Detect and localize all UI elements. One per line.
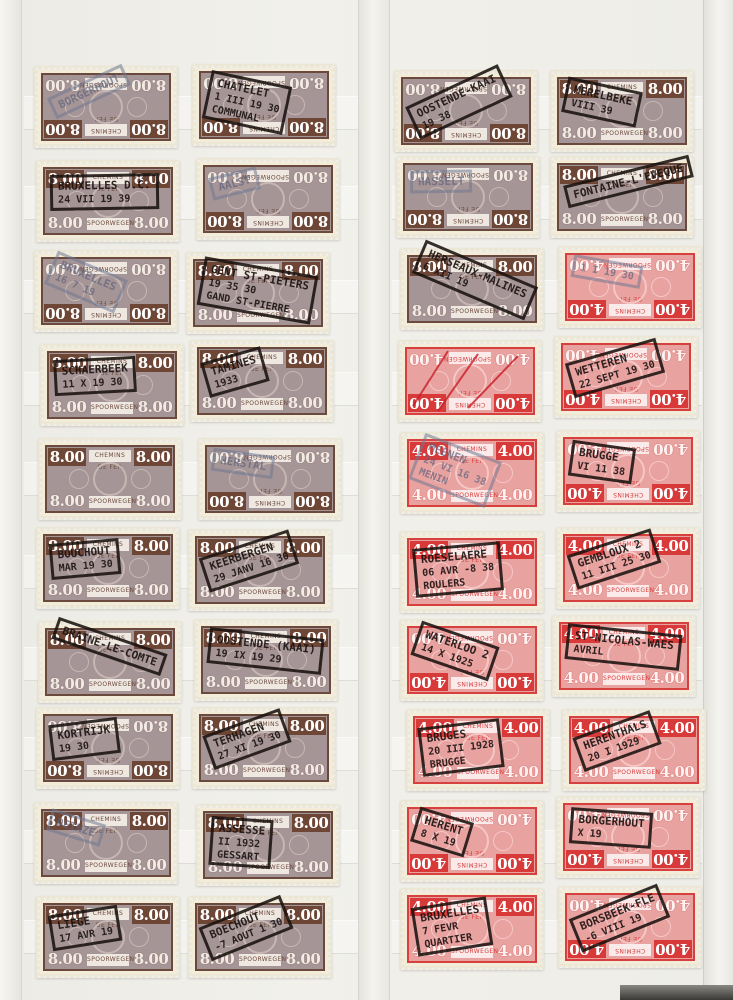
stamp-design: 8.008.008.008.00CHEMINS DE FERSPOORWEGEN	[47, 351, 177, 419]
lion-crest-icon	[609, 360, 643, 394]
stamp-frame: 4.004.004.004.00CHEMINS DE FERSPOORWEGEN	[402, 344, 538, 418]
stamp-design: 4.004.004.004.00CHEMINS DE FERSPOORWEGEN	[405, 347, 535, 415]
stamp-value: 8.00	[46, 761, 84, 779]
winged-wheel-icon	[227, 189, 247, 209]
winged-wheel-icon	[649, 461, 669, 481]
stamp-value: 8.00	[132, 170, 170, 188]
stamp-banner: CHEMINS DE FER	[85, 308, 127, 320]
winged-wheel-icon	[587, 461, 607, 481]
book-gutter	[358, 0, 390, 1000]
stamp-value: 8.00	[44, 812, 82, 830]
stamp-banner-bottom: SPOORWEGEN	[239, 954, 281, 966]
stamp-value: 8.00	[136, 398, 174, 416]
winged-wheel-icon	[283, 371, 303, 391]
stamp-value: 8.00	[44, 856, 82, 874]
stamp[interactable]: 8.008.008.008.00CHEMINS DE FERSPOORWEGEN…	[186, 252, 330, 334]
stamp-frame: 8.008.008.008.00CHEMINS DE FERSPOORWEGEN	[38, 70, 174, 144]
stamp[interactable]: 8.008.008.008.00CHEMINS DE FERSPOORWEGEN…	[36, 527, 180, 609]
stamp[interactable]: 4.004.004.004.00CHEMINS DE FERSPOORWEGEN…	[562, 709, 706, 791]
stamp-design: 8.008.008.008.00CHEMINS DE FERSPOORWEGEN	[43, 903, 173, 971]
winged-wheel-icon	[427, 187, 447, 207]
winged-wheel-icon	[499, 740, 519, 760]
stamp-value: 8.00	[208, 448, 246, 466]
winged-wheel-icon	[67, 738, 87, 758]
stamp-value: 8.00	[406, 210, 444, 228]
stamp-frame: 8.008.008.008.00CHEMINS DE FERSPOORWEGEN	[190, 256, 326, 330]
stamp-design: 4.004.004.004.00CHEMINS DE FERSPOORWEGEN	[565, 893, 695, 961]
stamp[interactable]: 4.004.004.004.00CHEMINS DE FERSPOORWEGEN	[398, 340, 542, 422]
stamp-frame: 8.008.008.008.00CHEMINS DE FERSPOORWEGEN	[554, 160, 690, 234]
stamp[interactable]: 4.004.004.004.00CHEMINS DE FERSPOORWEGEN…	[556, 527, 700, 609]
stamp-banner-bottom: SPOORWEGEN	[607, 442, 649, 454]
stamp-value: 4.00	[654, 300, 692, 318]
stamp-banner: CHEMINS DE FER	[603, 627, 645, 639]
stamp[interactable]: 8.008.008.008.00CHEMINS DE FERSPOORWEGEN…	[34, 802, 178, 884]
stamp-value: 8.00	[410, 302, 448, 320]
stamp-value: 4.00	[496, 629, 534, 647]
stamp-design: 8.008.008.008.00CHEMINS DE FERSPOORWEGEN	[195, 536, 325, 604]
stamp[interactable]: 4.004.004.004.00CHEMINS DE FERSPOORWEGEN…	[406, 709, 550, 791]
winged-wheel-icon	[129, 191, 149, 211]
stamp-banner: CHEMINS DE FER	[607, 539, 649, 551]
winged-wheel-icon	[647, 367, 667, 387]
stamp-value: 4.00	[494, 394, 532, 412]
winged-wheel-icon	[431, 650, 451, 670]
stamp-design: 4.004.004.004.00CHEMINS DE FERSPOORWEGEN	[407, 538, 537, 606]
stamp-value: 4.00	[410, 486, 448, 504]
stamp-value: 8.00	[44, 260, 82, 278]
winged-wheel-icon	[493, 562, 513, 582]
stamp-banner: CHEMINS DE FER	[87, 539, 129, 551]
winged-wheel-icon	[431, 279, 451, 299]
stamp-value: 4.00	[496, 810, 534, 828]
stamp-value: 8.00	[46, 170, 84, 188]
winged-wheel-icon	[431, 831, 451, 851]
stamp-banner-bottom: SPOORWEGEN	[241, 398, 283, 410]
stamp-value: 4.00	[566, 440, 604, 458]
stamp-value: 4.00	[496, 585, 534, 603]
stamp-value: 4.00	[496, 673, 534, 691]
stamp[interactable]: 8.008.008.008.00CHEMINS DE FERSPOORWEGEN…	[194, 619, 338, 701]
winged-wheel-icon	[583, 646, 603, 666]
stamp-value: 8.00	[48, 492, 86, 510]
stamp[interactable]: 8.008.008.008.00CHEMINS DE FERSPOORWEGEN…	[198, 438, 342, 520]
stamp[interactable]: 8.008.008.008.00CHEMINS DE FERSPOORWEGEN…	[36, 160, 180, 242]
winged-wheel-icon	[71, 375, 91, 395]
stamp-value: 8.00	[206, 858, 244, 876]
stamp-design: 8.008.008.008.00CHEMINS DE FERSPOORWEGEN	[43, 167, 173, 235]
lion-crest-icon	[89, 274, 123, 308]
stamp-design: 4.004.004.004.00CHEMINS DE FERSPOORWEGEN	[569, 716, 699, 784]
stamp-value: 8.00	[290, 629, 328, 647]
stamp[interactable]: 8.008.008.008.00CHEMINS DE FERSPOORWEGEN…	[36, 707, 180, 789]
stamp-design: 8.008.008.008.00CHEMINS DE FERSPOORWEGEN	[205, 445, 335, 513]
winged-wheel-icon	[589, 277, 609, 297]
stamp-value: 8.00	[134, 492, 172, 510]
stamp-frame: 8.008.008.008.00CHEMINS DE FERSPOORWEGEN	[40, 900, 176, 974]
stamp-banner-bottom: SPOORWEGEN	[609, 258, 651, 270]
stamp-design: 8.008.008.008.00CHEMINS DE FERSPOORWEGEN	[195, 903, 325, 971]
stamp-banner: CHEMINS DE FER	[609, 944, 651, 956]
stamp-value: 4.00	[568, 256, 606, 274]
stamp[interactable]: 4.004.004.004.00CHEMINS DE FERSPOORWEGEN…	[554, 336, 698, 418]
page-edge-right	[703, 0, 733, 1000]
winged-wheel-icon	[289, 189, 309, 209]
winged-wheel-icon	[649, 558, 669, 578]
stamp-value: 4.00	[652, 581, 690, 599]
stamp-banner: CHEMINS DE FER	[91, 356, 133, 368]
stamp[interactable]: 8.008.008.008.00CHEMINS DE FERSPOORWEGEN…	[192, 707, 336, 789]
stamp-value: 8.00	[46, 537, 84, 555]
stamp[interactable]: 8.008.008.008.00CHEMINS DE FERSPOORWEGEN…	[188, 529, 332, 611]
stamp[interactable]: 4.004.004.004.00CHEMINS DE FERSPOORWEGEN…	[558, 246, 702, 328]
stamp[interactable]: 8.008.008.008.00CHEMINS DE FERSPOORWEGEN…	[394, 70, 538, 152]
lion-crest-icon	[241, 276, 275, 310]
table-shadow	[620, 985, 733, 1000]
lion-crest-icon	[247, 731, 281, 765]
stamp-banner: CHEMINS DE FER	[87, 172, 129, 184]
stamp-value: 8.00	[44, 304, 82, 322]
stamp-frame: 4.004.004.004.00CHEMINS DE FERSPOORWEGEN	[566, 713, 702, 787]
stamp-value: 8.00	[410, 258, 448, 276]
stamp-value: 4.00	[568, 896, 606, 914]
stamp-value: 4.00	[658, 763, 696, 781]
stamp-value: 8.00	[132, 950, 170, 968]
stamp-design: 8.008.008.008.00CHEMINS DE FERSPOORWEGEN	[41, 257, 171, 325]
winged-wheel-icon	[493, 919, 513, 939]
winged-wheel-icon	[593, 740, 613, 760]
stamp-frame: 8.008.008.008.00CHEMINS DE FERSPOORWEGEN	[400, 160, 536, 234]
lion-crest-icon	[251, 182, 285, 216]
stamp-design: 4.004.004.004.00CHEMINS DE FERSPOORWEGEN	[563, 803, 693, 871]
stamp-banner: CHEMINS DE FER	[243, 719, 285, 731]
stamp[interactable]: 8.008.008.008.00CHEMINS DE FERSPOORWEGEN…	[192, 64, 336, 146]
stamp-banner-bottom: SPOORWEGEN	[451, 631, 493, 643]
stamp-design: 8.008.008.008.00CHEMINS DE FERSPOORWEGEN	[401, 77, 531, 145]
stamp-design: 8.008.008.008.00CHEMINS DE FERSPOORWEGEN	[45, 445, 175, 513]
stamp-banner-bottom: SPOORWEGEN	[245, 677, 287, 689]
stamp-banner-bottom: SPOORWEGEN	[607, 808, 649, 820]
stamp-banner-bottom: SPOORWEGEN	[457, 767, 499, 779]
stamp[interactable]: 4.004.004.004.00CHEMINS DE FERSPOORWEGEN…	[556, 430, 700, 512]
stamp-banner: CHEMINS DE FER	[247, 816, 289, 828]
lion-crest-icon	[91, 731, 125, 765]
stamp-banner: CHEMINS DE FER	[87, 765, 129, 777]
lion-crest-icon	[611, 454, 645, 488]
stamp-value: 8.00	[496, 258, 534, 276]
winged-wheel-icon	[127, 97, 147, 117]
lion-crest-icon	[93, 462, 127, 496]
stamp-frame: 4.004.004.004.00CHEMINS DE FERSPOORWEGEN	[404, 623, 540, 697]
stamp-frame: 4.004.004.004.00CHEMINS DE FERSPOORWEGEN	[562, 250, 698, 324]
stamp-value: 8.00	[292, 858, 330, 876]
stamp-frame: 8.008.008.008.00CHEMINS DE FERSPOORWEGEN	[40, 164, 176, 238]
winged-wheel-icon	[491, 371, 511, 391]
stamp-banner: CHEMINS DE FER	[613, 721, 655, 733]
stamp-frame: 4.004.004.004.00CHEMINS DE FERSPOORWEGEN	[560, 434, 696, 508]
stamp-value: 4.00	[408, 394, 446, 412]
stamp[interactable]: 8.008.008.008.00CHEMINS DE FERSPOORWEGEN	[38, 438, 182, 520]
stamp[interactable]: 4.004.004.004.00CHEMINS DE FERSPOORWEGEN…	[400, 888, 544, 970]
stamp-value: 4.00	[654, 896, 692, 914]
stamp-frame: 4.004.004.004.00CHEMINS DE FERSPOORWEGEN	[404, 804, 540, 878]
stamp-banner: CHEMINS DE FER	[607, 854, 649, 866]
stamp-value: 4.00	[568, 300, 606, 318]
stamp-value: 4.00	[410, 673, 448, 691]
stamp-value: 4.00	[416, 763, 454, 781]
stamp[interactable]: 4.004.004.004.00CHEMINS DE FERSPOORWEGEN…	[400, 619, 544, 701]
winged-wheel-icon	[431, 463, 451, 483]
stamp[interactable]: 8.008.008.008.00CHEMINS DE FERSPOORWEGEN…	[36, 896, 180, 978]
stamp[interactable]: 8.008.008.008.00CHEMINS DE FERSPOORWEGEN…	[196, 804, 340, 886]
stamp-value: 8.00	[288, 74, 326, 92]
winged-wheel-icon	[493, 463, 513, 483]
stamp-banner: CHEMINS DE FER	[451, 543, 493, 555]
stamp-value: 8.00	[46, 950, 84, 968]
stamp-banner-bottom: SPOORWEGEN	[451, 306, 493, 318]
stamp-value: 4.00	[566, 484, 604, 502]
stamp-frame: 8.008.008.008.00CHEMINS DE FERSPOORWEGEN	[194, 344, 330, 418]
stamp-value: 8.00	[560, 210, 598, 228]
winged-wheel-icon	[493, 650, 513, 670]
stamp-frame: 8.008.008.008.00CHEMINS DE FERSPOORWEGEN	[200, 808, 336, 882]
winged-wheel-icon	[429, 371, 449, 391]
stamp-value: 8.00	[282, 306, 320, 324]
stamp-value: 8.00	[288, 118, 326, 136]
winged-wheel-icon	[67, 558, 87, 578]
stamp-value: 4.00	[496, 898, 534, 916]
stamp[interactable]: 8.008.008.008.00CHEMINS DE FERSPOORWEGEN…	[396, 156, 540, 238]
stamp-banner-bottom: SPOORWEGEN	[89, 679, 131, 691]
stamp-banner-bottom: SPOORWEGEN	[449, 352, 491, 364]
winged-wheel-icon	[437, 740, 457, 760]
stamp-banner: CHEMINS DE FER	[249, 496, 291, 508]
winged-wheel-icon	[587, 558, 607, 578]
stamp-value: 4.00	[562, 669, 600, 687]
stamp-value: 4.00	[494, 350, 532, 368]
stamp-banner: CHEMINS DE FER	[89, 633, 131, 645]
stamp-value: 4.00	[496, 486, 534, 504]
winged-wheel-icon	[651, 917, 671, 937]
lion-crest-icon	[91, 551, 125, 585]
stamp-frame: 4.004.004.004.00CHEMINS DE FERSPOORWEGEN	[404, 535, 540, 609]
winged-wheel-icon	[219, 927, 239, 947]
stamp-value: 4.00	[650, 390, 688, 408]
stamp-value: 8.00	[208, 492, 246, 510]
stamp-banner-bottom: SPOORWEGEN	[609, 898, 651, 910]
stamp-value: 8.00	[492, 166, 530, 184]
stamp-value: 8.00	[48, 448, 86, 466]
stamp-banner-bottom: SPOORWEGEN	[87, 719, 129, 731]
stamp-value: 8.00	[286, 350, 324, 368]
stamp-banner: CHEMINS DE FER	[605, 394, 647, 406]
stamp-value: 8.00	[132, 537, 170, 555]
winged-wheel-icon	[289, 835, 309, 855]
winged-wheel-icon	[587, 827, 607, 847]
stamp-value: 4.00	[566, 537, 604, 555]
stamp-frame: 8.008.008.008.00CHEMINS DE FERSPOORWEGEN	[40, 531, 176, 605]
stamp-banner: CHEMINS DE FER	[451, 900, 493, 912]
winged-wheel-icon	[65, 833, 85, 853]
stamp-value: 4.00	[416, 719, 454, 737]
stamp-value: 4.00	[568, 940, 606, 958]
stamp-value: 4.00	[652, 806, 690, 824]
stamp-value: 8.00	[492, 210, 530, 228]
stamp-design: 4.004.004.004.00CHEMINS DE FERSPOORWEGEN	[407, 626, 537, 694]
lion-crest-icon	[243, 553, 277, 587]
stamp-frame: 4.004.004.004.00CHEMINS DE FERSPOORWEGEN	[556, 619, 692, 693]
stamp-value: 8.00	[196, 306, 234, 324]
stamp-value: 4.00	[410, 854, 448, 872]
stamp-value: 8.00	[646, 80, 684, 98]
stamp-banner: CHEMINS DE FER	[85, 124, 127, 136]
stamp-value: 4.00	[648, 669, 686, 687]
stamp-value: 4.00	[564, 390, 602, 408]
stamp-banner-bottom: SPOORWEGEN	[605, 348, 647, 360]
stamp-value: 8.00	[196, 262, 234, 280]
winged-wheel-icon	[219, 560, 239, 580]
winged-wheel-icon	[131, 652, 151, 672]
winged-wheel-icon	[217, 283, 237, 303]
lion-crest-icon	[605, 94, 639, 128]
stamp-banner-bottom: SPOORWEGEN	[601, 214, 643, 226]
stamp-value: 8.00	[46, 906, 84, 924]
stamp-value: 8.00	[202, 74, 240, 92]
stamp-value: 8.00	[290, 673, 328, 691]
stamp[interactable]: 8.008.008.008.00CHEMINS DE FERSPOORWEGEN…	[40, 344, 184, 426]
winged-wheel-icon	[655, 740, 675, 760]
stamp[interactable]: 8.008.008.008.00CHEMINS DE FERSPOORWEGEN…	[400, 248, 544, 330]
stamp-value: 8.00	[560, 166, 598, 184]
stamp-banner-bottom: SPOORWEGEN	[243, 765, 285, 777]
winged-wheel-icon	[129, 927, 149, 947]
stamp[interactable]: 8.008.008.008.00CHEMINS DE FERSPOORWEGEN…	[196, 158, 340, 240]
stamp-banner-bottom: SPOORWEGEN	[87, 585, 129, 597]
stamp-banner-bottom: SPOORWEGEN	[451, 812, 493, 824]
stamp-value: 4.00	[410, 585, 448, 603]
stamp-banner: CHEMINS DE FER	[447, 214, 489, 226]
lion-crest-icon	[455, 272, 489, 306]
lion-crest-icon	[245, 364, 279, 398]
stamp[interactable]: 8.008.008.008.00CHEMINS DE FERSPOORWEGEN…	[190, 340, 334, 422]
winged-wheel-icon	[643, 187, 663, 207]
stamp-banner-bottom: SPOORWEGEN	[247, 170, 289, 182]
page-edge-left	[0, 0, 22, 1000]
stamp-value: 8.00	[50, 354, 88, 372]
stamp[interactable]: 8.008.008.008.00CHEMINS DE FERSPOORWEGEN…	[550, 156, 694, 238]
stamp-banner-bottom: SPOORWEGEN	[601, 128, 643, 140]
stamp-banner-bottom: SPOORWEGEN	[85, 860, 127, 872]
winged-wheel-icon	[431, 919, 451, 939]
winged-wheel-icon	[287, 650, 307, 670]
stamp-value: 4.00	[410, 442, 448, 460]
lion-crest-icon	[453, 364, 487, 398]
stamp[interactable]: 8.008.008.008.00CHEMINS DE FERSPOORWEGEN…	[34, 66, 178, 148]
stamp-value: 8.00	[50, 398, 88, 416]
stamp-value: 4.00	[566, 581, 604, 599]
stamp-banner: CHEMINS DE FER	[601, 168, 643, 180]
winged-wheel-icon	[291, 469, 311, 489]
stamp-value: 8.00	[282, 262, 320, 280]
stamp-value: 8.00	[134, 448, 172, 466]
stamp-value: 8.00	[48, 675, 86, 693]
stamp-value: 8.00	[284, 583, 322, 601]
stamp-design: 4.004.004.004.00CHEMINS DE FERSPOORWEGEN	[407, 439, 537, 507]
stamp-banner-bottom: SPOORWEGEN	[247, 862, 289, 874]
stamp-value: 4.00	[658, 719, 696, 737]
lion-crest-icon	[605, 180, 639, 214]
stamp-banner-bottom: SPOORWEGEN	[451, 589, 493, 601]
stamp-value: 8.00	[200, 350, 238, 368]
stamp-value: 4.00	[652, 850, 690, 868]
stamp-design: 8.008.008.008.00CHEMINS DE FERSPOORWEGEN	[199, 71, 329, 139]
stamp-value: 8.00	[490, 80, 528, 98]
stamp-value: 8.00	[130, 304, 168, 322]
stamp[interactable]: 8.008.008.008.00CHEMINS DE FERSPOORWEGEN…	[550, 70, 694, 152]
stamp-value: 8.00	[292, 814, 330, 832]
stamp-value: 4.00	[410, 541, 448, 559]
stamp-banner: CHEMINS DE FER	[245, 631, 287, 643]
stamp-value: 8.00	[44, 120, 82, 138]
stamp-banner: CHEMINS DE FER	[445, 128, 487, 140]
stamp[interactable]: 4.004.004.004.00CHEMINS DE FERSPOORWEGEN…	[552, 615, 696, 697]
stamp-frame: 4.004.004.004.00CHEMINS DE FERSPOORWEGEN	[558, 340, 694, 414]
stamp-design: 8.008.008.008.00CHEMINS DE FERSPOORWEGEN	[203, 811, 333, 879]
winged-wheel-icon	[131, 469, 151, 489]
stamp-value: 8.00	[130, 812, 168, 830]
stamp-banner-bottom: SPOORWEGEN	[239, 587, 281, 599]
stamp[interactable]: 4.004.004.004.00CHEMINS DE FERSPOORWEGEN…	[556, 796, 700, 878]
stamp[interactable]: 4.004.004.004.00CHEMINS DE FERSPOORWEGEN…	[558, 886, 702, 968]
stamp-value: 4.00	[410, 629, 448, 647]
stamp-frame: 8.008.008.008.00CHEMINS DE FERSPOORWEGEN	[38, 254, 174, 328]
stamp-value: 8.00	[132, 906, 170, 924]
stamp[interactable]: 4.004.004.004.00CHEMINS DE FERSPOORWEGEN…	[400, 800, 544, 882]
stamp-design: 8.008.008.008.00CHEMINS DE FERSPOORWEGEN	[203, 165, 333, 233]
stamp-banner: CHEMINS DE FER	[601, 82, 643, 94]
stamp[interactable]: 8.008.008.008.00CHEMINS DE FERSPOORWEGEN…	[34, 250, 178, 332]
stamp-banner: CHEMINS DE FER	[451, 444, 493, 456]
stamp-banner-bottom: SPOORWEGEN	[607, 585, 649, 597]
stamp-banner-bottom: SPOORWEGEN	[85, 78, 127, 90]
winged-wheel-icon	[133, 375, 153, 395]
lion-crest-icon	[613, 910, 647, 944]
stamp-design: 4.004.004.004.00CHEMINS DE FERSPOORWEGEN	[565, 253, 695, 321]
winged-wheel-icon	[127, 833, 147, 853]
winged-wheel-icon	[227, 835, 247, 855]
lion-crest-icon	[455, 643, 489, 677]
stamp-banner: CHEMINS DE FER	[241, 352, 283, 364]
winged-wheel-icon	[221, 371, 241, 391]
winged-wheel-icon	[489, 187, 509, 207]
stamp-value: 4.00	[502, 719, 540, 737]
stamp-frame: 4.004.004.004.00CHEMINS DE FERSPOORWEGEN	[404, 892, 540, 966]
stamp[interactable]: 4.004.004.004.00CHEMINS DE FERSPOORWEGEN…	[400, 531, 544, 613]
stamp[interactable]: 8.008.008.008.00CHEMINS DE FERSPOORWEGEN…	[38, 621, 182, 703]
stamp-banner: CHEMINS DE FER	[451, 677, 493, 689]
stamp[interactable]: 8.008.008.008.00CHEMINS DE FERSPOORWEGEN…	[188, 896, 332, 978]
stamp[interactable]: 4.004.004.004.00CHEMINS DE FERSPOORWEGEN…	[400, 432, 544, 514]
stamp-frame: 8.008.008.008.00CHEMINS DE FERSPOORWEGEN	[44, 348, 180, 422]
stamp-value: 8.00	[130, 76, 168, 94]
stamp-frame: 8.008.008.008.00CHEMINS DE FERSPOORWEGEN	[198, 623, 334, 697]
stamp-banner: CHEMINS DE FER	[609, 304, 651, 316]
stamp-value: 8.00	[46, 717, 84, 735]
winged-wheel-icon	[281, 560, 301, 580]
stamp-value: 8.00	[130, 120, 168, 138]
stamp-value: 4.00	[496, 854, 534, 872]
stamp-value: 4.00	[652, 484, 690, 502]
